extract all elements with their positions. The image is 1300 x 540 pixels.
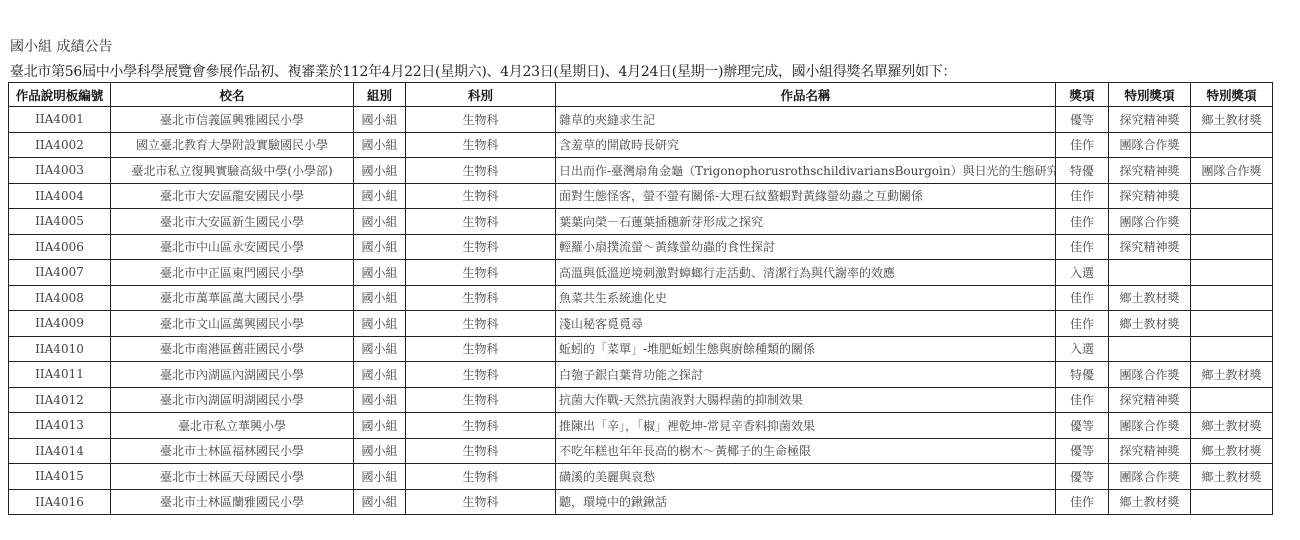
cell-group: 國小組 — [354, 464, 406, 490]
cell-school: 臺北市士林區天母國民小學 — [111, 464, 354, 490]
table-row: IIA4013臺北市私立華興小學國小組生物科推陳出「辛」，「椒」裡乾坤-常見辛香… — [9, 413, 1273, 439]
cell-school: 臺北市信義區興雅國民小學 — [111, 107, 354, 133]
cell-special2: 鄉土教材獎 — [1191, 464, 1273, 490]
cell-subject: 生物科 — [406, 464, 556, 490]
cell-subject: 生物科 — [406, 260, 556, 286]
cell-special1: 團隊合作獎 — [1109, 209, 1191, 235]
cell-special2 — [1191, 209, 1273, 235]
cell-school: 臺北市私立華興小學 — [111, 413, 354, 439]
cell-special2: 鄉土教材獎 — [1191, 107, 1273, 133]
cell-group: 國小組 — [354, 132, 406, 158]
cell-subject: 生物科 — [406, 387, 556, 413]
cell-group: 國小組 — [354, 438, 406, 464]
cell-special1: 探究精神獎 — [1109, 438, 1191, 464]
table-row: IIA4015臺北市士林區天母國民小學國小組生物科磺溪的美麗與哀愁優等團隊合作獎… — [9, 464, 1273, 490]
cell-school: 臺北市內湖區明湖國民小學 — [111, 387, 354, 413]
cell-school: 臺北市士林區蘭雅國民小學 — [111, 489, 354, 515]
table-row: IIA4011臺北市內湖區內湖國民小學國小組生物科白匏子銀白葉背功能之探討特優團… — [9, 362, 1273, 388]
cell-special1: 探究精神獎 — [1109, 158, 1191, 184]
cell-title: 聽，環境中的鍬鍬話 — [556, 489, 1056, 515]
cell-group: 國小組 — [354, 336, 406, 362]
cell-title: 日出而作-臺灣扇角金龜（Trigonophorusrothschildivari… — [556, 158, 1056, 184]
col-header-award: 獎項 — [1056, 83, 1109, 107]
cell-id: IIA4009 — [9, 311, 111, 337]
cell-title: 磺溪的美麗與哀愁 — [556, 464, 1056, 490]
cell-school: 臺北市南港區舊莊國民小學 — [111, 336, 354, 362]
cell-id: IIA4001 — [9, 107, 111, 133]
cell-special2: 鄉土教材獎 — [1191, 413, 1273, 439]
cell-special2 — [1191, 285, 1273, 311]
table-header-row: 作品說明板編號 校名 組別 科別 作品名稱 獎項 特別獎項 特別獎項 — [9, 83, 1273, 107]
cell-special1: 鄉土教材獎 — [1109, 311, 1191, 337]
cell-id: IIA4014 — [9, 438, 111, 464]
table-row: IIA4016臺北市士林區蘭雅國民小學國小組生物科聽，環境中的鍬鍬話佳作鄉土教材… — [9, 489, 1273, 515]
cell-title: 含羞草的開啟時長研究 — [556, 132, 1056, 158]
cell-group: 國小組 — [354, 311, 406, 337]
cell-special1: 鄉土教材獎 — [1109, 489, 1191, 515]
table-row: IIA4007臺北市中正區東門國民小學國小組生物科高溫與低溫逆境刺激對蟑螂行走活… — [9, 260, 1273, 286]
cell-subject: 生物科 — [406, 183, 556, 209]
cell-school: 臺北市內湖區內湖國民小學 — [111, 362, 354, 388]
cell-subject: 生物科 — [406, 209, 556, 235]
col-header-subject: 科別 — [406, 83, 556, 107]
cell-title: 高溫與低溫逆境刺激對蟑螂行走活動、清潔行為與代謝率的效應 — [556, 260, 1056, 286]
col-header-special2: 特別獎項 — [1191, 83, 1273, 107]
cell-school: 臺北市大安區龍安國民小學 — [111, 183, 354, 209]
cell-group: 國小組 — [354, 183, 406, 209]
cell-special2 — [1191, 311, 1273, 337]
cell-school: 臺北市文山區萬興國民小學 — [111, 311, 354, 337]
cell-special1 — [1109, 260, 1191, 286]
table-row: IIA4001臺北市信義區興雅國民小學國小組生物科雜草的夾縫求生記優等探究精神獎… — [9, 107, 1273, 133]
cell-special1: 探究精神獎 — [1109, 387, 1191, 413]
cell-special1: 探究精神獎 — [1109, 234, 1191, 260]
table-row: IIA4006臺北市中山區永安國民小學國小組生物科輕羅小扇撲流螢～黃緣螢幼蟲的食… — [9, 234, 1273, 260]
cell-award: 佳作 — [1056, 311, 1109, 337]
table-row: IIA4004臺北市大安區龍安國民小學國小組生物科面對生態怪客，螢不螢有關係-大… — [9, 183, 1273, 209]
cell-id: IIA4011 — [9, 362, 111, 388]
cell-group: 國小組 — [354, 260, 406, 286]
cell-special2 — [1191, 132, 1273, 158]
cell-title: 推陳出「辛」，「椒」裡乾坤-常見辛香料抑菌效果 — [556, 413, 1056, 439]
col-header-id: 作品說明板編號 — [9, 83, 111, 107]
table-row: IIA4012臺北市內湖區明湖國民小學國小組生物科抗菌大作戰-天然抗菌液對大腸桿… — [9, 387, 1273, 413]
cell-id: IIA4008 — [9, 285, 111, 311]
col-header-school: 校名 — [111, 83, 354, 107]
cell-id: IIA4005 — [9, 209, 111, 235]
cell-title: 輕羅小扇撲流螢～黃緣螢幼蟲的食性探討 — [556, 234, 1056, 260]
cell-subject: 生物科 — [406, 158, 556, 184]
cell-school: 國立臺北教育大學附設實驗國民小學 — [111, 132, 354, 158]
cell-group: 國小組 — [354, 362, 406, 388]
cell-group: 國小組 — [354, 107, 406, 133]
cell-award: 佳作 — [1056, 132, 1109, 158]
cell-id: IIA4004 — [9, 183, 111, 209]
cell-id: IIA4015 — [9, 464, 111, 490]
cell-special1: 團隊合作獎 — [1109, 413, 1191, 439]
cell-title: 抗菌大作戰-天然抗菌液對大腸桿菌的抑制效果 — [556, 387, 1056, 413]
cell-school: 臺北市中正區東門國民小學 — [111, 260, 354, 286]
cell-award: 特優 — [1056, 362, 1109, 388]
cell-id: IIA4006 — [9, 234, 111, 260]
cell-special1 — [1109, 336, 1191, 362]
cell-special1: 探究精神獎 — [1109, 183, 1191, 209]
cell-special1: 團隊合作獎 — [1109, 464, 1191, 490]
cell-award: 優等 — [1056, 413, 1109, 439]
cell-subject: 生物科 — [406, 285, 556, 311]
cell-award: 佳作 — [1056, 489, 1109, 515]
cell-subject: 生物科 — [406, 132, 556, 158]
cell-special1: 鄉土教材獎 — [1109, 285, 1191, 311]
cell-award: 優等 — [1056, 438, 1109, 464]
cell-title: 面對生態怪客，螢不螢有關係-大理石紋螯蝦對黃緣螢幼蟲之互動關係 — [556, 183, 1056, 209]
cell-special2: 鄉土教材獎 — [1191, 438, 1273, 464]
col-header-group: 組別 — [354, 83, 406, 107]
cell-subject: 生物科 — [406, 234, 556, 260]
cell-id: IIA4003 — [9, 158, 111, 184]
cell-title: 不吃年糕也年年長高的樹木～黃椰子的生命極限 — [556, 438, 1056, 464]
table-row: IIA4010臺北市南港區舊莊國民小學國小組生物科蚯蚓的「菜單」-堆肥蚯蚓生態與… — [9, 336, 1273, 362]
cell-special2: 團隊合作獎 — [1191, 158, 1273, 184]
cell-school: 臺北市萬華區萬大國民小學 — [111, 285, 354, 311]
cell-school: 臺北市士林區福林國民小學 — [111, 438, 354, 464]
cell-title: 雜草的夾縫求生記 — [556, 107, 1056, 133]
table-row: IIA4008臺北市萬華區萬大國民小學國小組生物科魚菜共生系統進化史佳作鄉土教材… — [9, 285, 1273, 311]
cell-title: 白匏子銀白葉背功能之探討 — [556, 362, 1056, 388]
cell-award: 佳作 — [1056, 234, 1109, 260]
cell-award: 優等 — [1056, 464, 1109, 490]
table-row: IIA4014臺北市士林區福林國民小學國小組生物科不吃年糕也年年長高的樹木～黃椰… — [9, 438, 1273, 464]
cell-school: 臺北市大安區新生國民小學 — [111, 209, 354, 235]
cell-special2 — [1191, 260, 1273, 286]
cell-title: 魚菜共生系統進化史 — [556, 285, 1056, 311]
table-row: IIA4003臺北市私立復興實驗高級中學(小學部)國小組生物科日出而作-臺灣扇角… — [9, 158, 1273, 184]
cell-special2 — [1191, 489, 1273, 515]
cell-award: 佳作 — [1056, 209, 1109, 235]
results-table: 作品說明板編號 校名 組別 科別 作品名稱 獎項 特別獎項 特別獎項 IIA40… — [8, 82, 1273, 515]
cell-id: IIA4012 — [9, 387, 111, 413]
cell-school: 臺北市中山區永安國民小學 — [111, 234, 354, 260]
cell-school: 臺北市私立復興實驗高級中學(小學部) — [111, 158, 354, 184]
col-header-title: 作品名稱 — [556, 83, 1056, 107]
cell-group: 國小組 — [354, 387, 406, 413]
cell-id: IIA4007 — [9, 260, 111, 286]
cell-subject: 生物科 — [406, 362, 556, 388]
cell-award: 優等 — [1056, 107, 1109, 133]
cell-special1: 團隊合作獎 — [1109, 362, 1191, 388]
col-header-special1: 特別獎項 — [1109, 83, 1191, 107]
cell-subject: 生物科 — [406, 413, 556, 439]
cell-id: IIA4010 — [9, 336, 111, 362]
cell-subject: 生物科 — [406, 107, 556, 133]
cell-group: 國小組 — [354, 234, 406, 260]
cell-award: 佳作 — [1056, 183, 1109, 209]
cell-award: 特優 — [1056, 158, 1109, 184]
cell-special1: 探究精神獎 — [1109, 107, 1191, 133]
cell-title: 淺山秘客覓覓尋 — [556, 311, 1056, 337]
cell-group: 國小組 — [354, 489, 406, 515]
cell-group: 國小組 — [354, 413, 406, 439]
cell-award: 入選 — [1056, 260, 1109, 286]
cell-award: 入選 — [1056, 336, 1109, 362]
cell-group: 國小組 — [354, 285, 406, 311]
cell-award: 佳作 — [1056, 387, 1109, 413]
cell-group: 國小組 — [354, 158, 406, 184]
cell-subject: 生物科 — [406, 489, 556, 515]
cell-title: 蚯蚓的「菜單」-堆肥蚯蚓生態與廚餘種類的關係 — [556, 336, 1056, 362]
cell-subject: 生物科 — [406, 311, 556, 337]
table-row: IIA4002國立臺北教育大學附設實驗國民小學國小組生物科含羞草的開啟時長研究佳… — [9, 132, 1273, 158]
table-row: IIA4009臺北市文山區萬興國民小學國小組生物科淺山秘客覓覓尋佳作鄉土教材獎 — [9, 311, 1273, 337]
cell-group: 國小組 — [354, 209, 406, 235]
intro-paragraph: 臺北市第56屆中小學科學展覽會參展作品初、複審業於112年4月22日(星期六)、… — [10, 61, 956, 81]
cell-special2 — [1191, 336, 1273, 362]
cell-special2 — [1191, 234, 1273, 260]
cell-id: IIA4016 — [9, 489, 111, 515]
cell-id: IIA4002 — [9, 132, 111, 158]
cell-id: IIA4013 — [9, 413, 111, 439]
table-row: IIA4005臺北市大安區新生國民小學國小組生物科葉葉向榮－石蓮葉插穗新芽形成之… — [9, 209, 1273, 235]
page-title: 國小組 成績公告 — [10, 36, 112, 56]
cell-award: 佳作 — [1056, 285, 1109, 311]
cell-subject: 生物科 — [406, 336, 556, 362]
cell-special1: 團隊合作獎 — [1109, 132, 1191, 158]
cell-special2: 鄉土教材獎 — [1191, 362, 1273, 388]
cell-special2 — [1191, 183, 1273, 209]
cell-special2 — [1191, 387, 1273, 413]
cell-title: 葉葉向榮－石蓮葉插穗新芽形成之探究 — [556, 209, 1056, 235]
cell-subject: 生物科 — [406, 438, 556, 464]
